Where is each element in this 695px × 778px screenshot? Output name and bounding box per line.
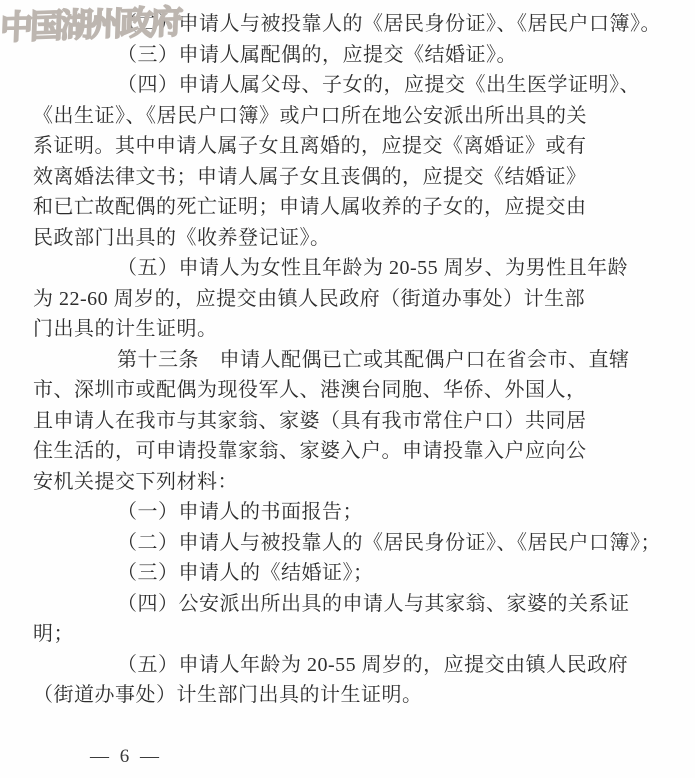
text-line: 门出具的计生证明。 [33,314,673,345]
text-line: （三）申请人的《结婚证》； [33,558,673,589]
text-line: 且申请人在我市与其家翁、家婆（具有我市常住户口）共同居 [33,406,673,437]
text-line: 《出生证》、《居民户口簿》或户口所在地公安派出所出具的关 [33,101,673,132]
government-watermark-logo: 中国湖州政府 [0,0,181,49]
page-number: — 6 — [90,746,162,768]
text-line: （四）申请人属父母、子女的，应提交《出生医学证明》、 [33,70,673,101]
text-line: 效离婚法律文书；申请人属子女且丧偶的，应提交《结婚证》 [33,162,673,193]
text-line: 系证明。其中申请人属子女且离婚的，应提交《离婚证》或有 [33,131,673,162]
text-line: （五）申请人为女性且年龄为 20-55 周岁、为男性且年龄 [33,253,673,284]
text-line: （四）公安派出所出具的申请人与其家翁、家婆的关系证 [33,589,673,620]
text-line: 民政部门出具的《收养登记证》。 [33,223,673,254]
text-line: 市、深圳市或配偶为现役军人、港澳台同胞、华侨、外国人， [33,375,673,406]
text-line: 住生活的，可申请投靠家翁、家婆入户。申请投靠入户应向公 [33,436,673,467]
text-line: 和已亡故配偶的死亡证明；申请人属收养的子女的，应提交由 [33,192,673,223]
scanned-document-page: 中国湖州政府 （二）申请人与被投靠人的《居民身份证》、《居民户口簿》。（三）申请… [0,0,695,778]
text-line: 明； [33,619,673,650]
document-body: （二）申请人与被投靠人的《居民身份证》、《居民户口簿》。（三）申请人属配偶的，应… [33,9,673,711]
text-line: 第十三条 申请人配偶已亡或其配偶户口在省会市、直辖 [33,345,673,376]
text-line: 安机关提交下列材料： [33,467,673,498]
text-line: （一）申请人的书面报告； [33,497,673,528]
text-line: （五）申请人年龄为 20-55 周岁的，应提交由镇人民政府 [33,650,673,681]
text-line: （二）申请人与被投靠人的《居民身份证》、《居民户口簿》； [33,528,673,559]
text-line: （街道办事处）计生部门出具的计生证明。 [33,680,673,711]
text-line: 为 22-60 周岁的，应提交由镇人民政府（街道办事处）计生部 [33,284,673,315]
